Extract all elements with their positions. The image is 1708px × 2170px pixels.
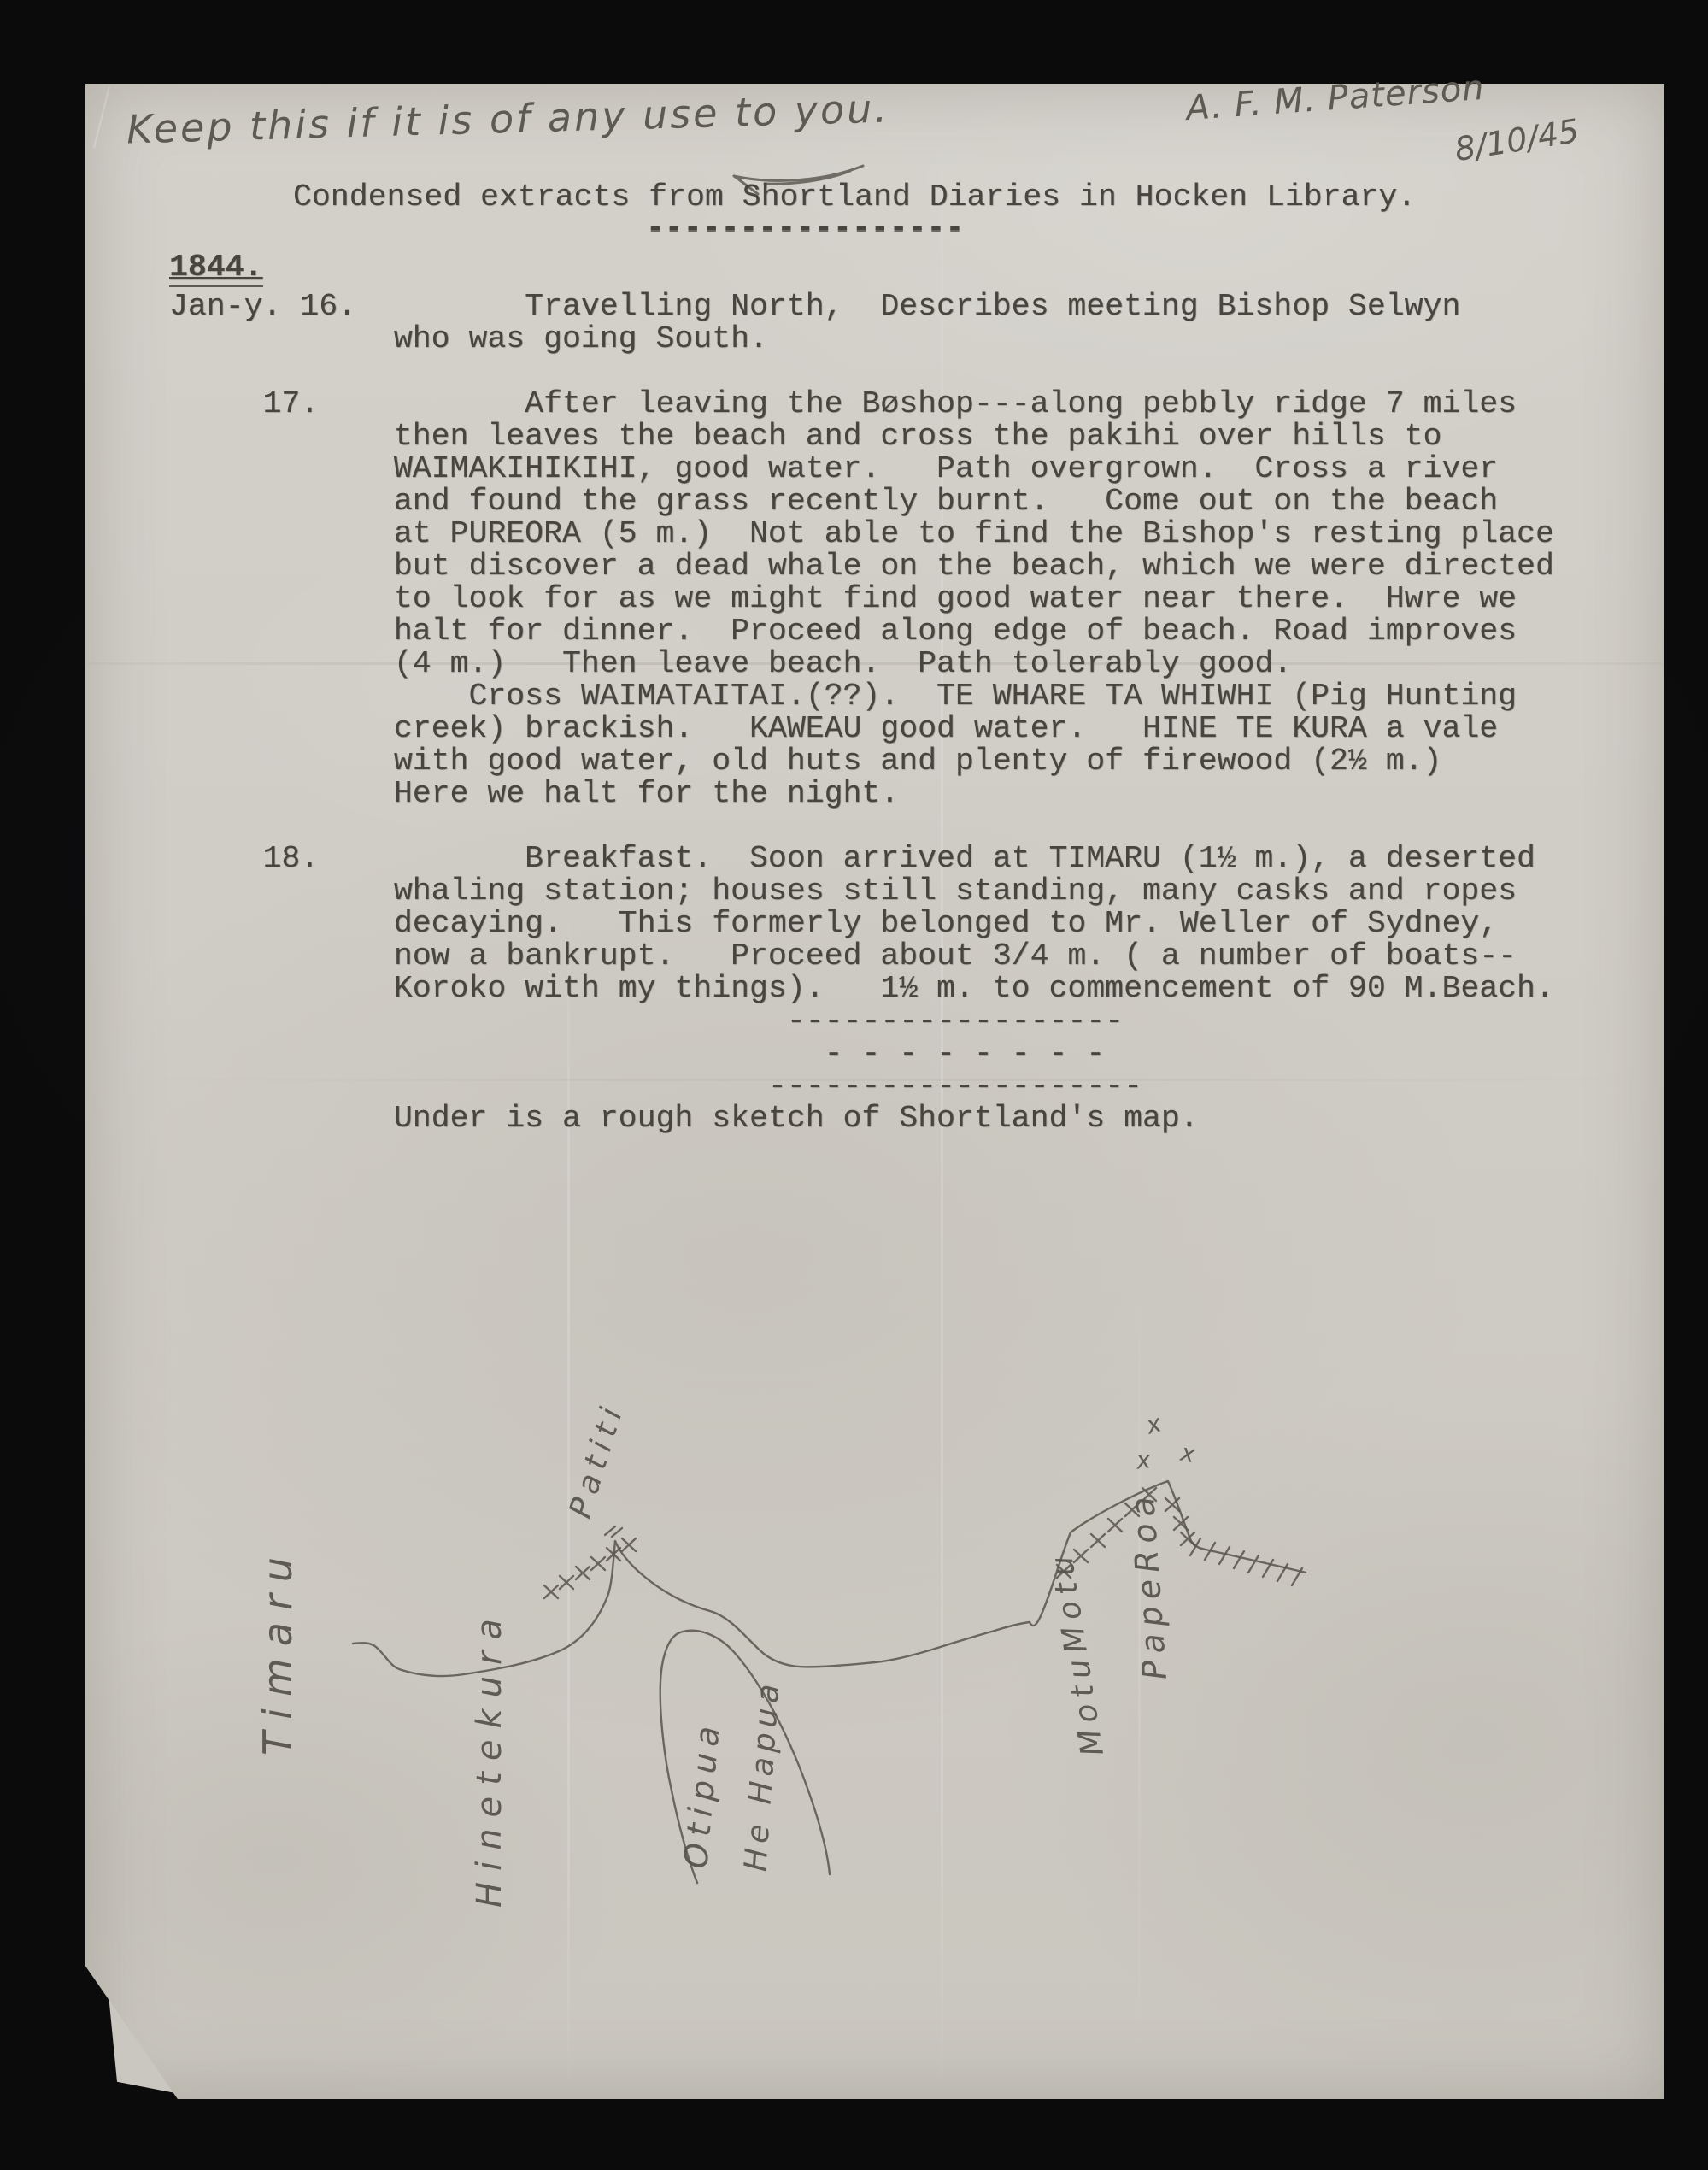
scanned-document-photo: { "document": { "handwritten": { "keep_n… [0,0,1708,2170]
map-label-hinetekura: Hinetekura [470,1608,509,1908]
title-dashed-rule: ----------------- [646,210,964,245]
map-label-timaru: Timaru [255,1545,301,1755]
diary-extract-text: Jan-y. 16. Travelling North, Describes m… [169,291,1554,1135]
sketch-map [256,1333,1410,2000]
document-title: Condensed extracts from Shortland Diarie… [293,179,1416,215]
east-cliff-hatching [1190,1538,1302,1585]
map-x-mark: x [1136,1445,1152,1474]
year-heading: 1844. [169,250,263,287]
patiti-ridge-hatching [544,1526,636,1598]
